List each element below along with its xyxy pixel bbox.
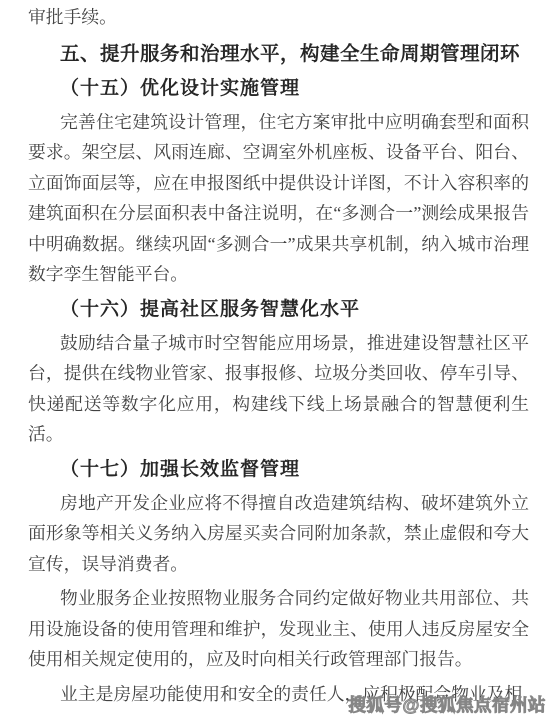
carryover-text: 审批手续。 [28, 2, 529, 33]
subsection-15-paragraph-1: 完善住宅建筑设计管理，住宅方案审批中应明确套型和面积要求。架空层、风雨连廊、空调… [28, 107, 529, 290]
watermark: 搜狐号@搜狐焦点宿州站 [348, 692, 546, 717]
section-heading: 五、提升服务和治理水平，构建全生命周期管理闭环 [28, 39, 529, 69]
subsection-17-paragraph-2: 物业服务企业按照物业服务合同约定做好物业共用部位、共用设施设备的使用管理和维护，… [28, 583, 529, 675]
subsection-16-paragraph-1: 鼓励结合量子城市时空智能应用场景，推进建设智慧社区平台，提供在线物业管家、报事报… [28, 328, 529, 450]
subsection-15-heading: （十五）优化设计实施管理 [28, 74, 529, 104]
subsection-16-heading: （十六）提高社区服务智慧化水平 [28, 295, 529, 325]
subsection-17-heading: （十七）加强长效监督管理 [28, 455, 529, 485]
document-content: 审批手续。 五、提升服务和治理水平，构建全生命周期管理闭环 （十五）优化设计实施… [0, 0, 555, 709]
document-page: 审批手续。 五、提升服务和治理水平，构建全生命周期管理闭环 （十五）优化设计实施… [0, 0, 555, 720]
subsection-17-paragraph-1: 房地产开发企业应将不得擅自改造建筑结构、破坏建筑外立面形象等相关义务纳入房屋买卖… [28, 488, 529, 580]
